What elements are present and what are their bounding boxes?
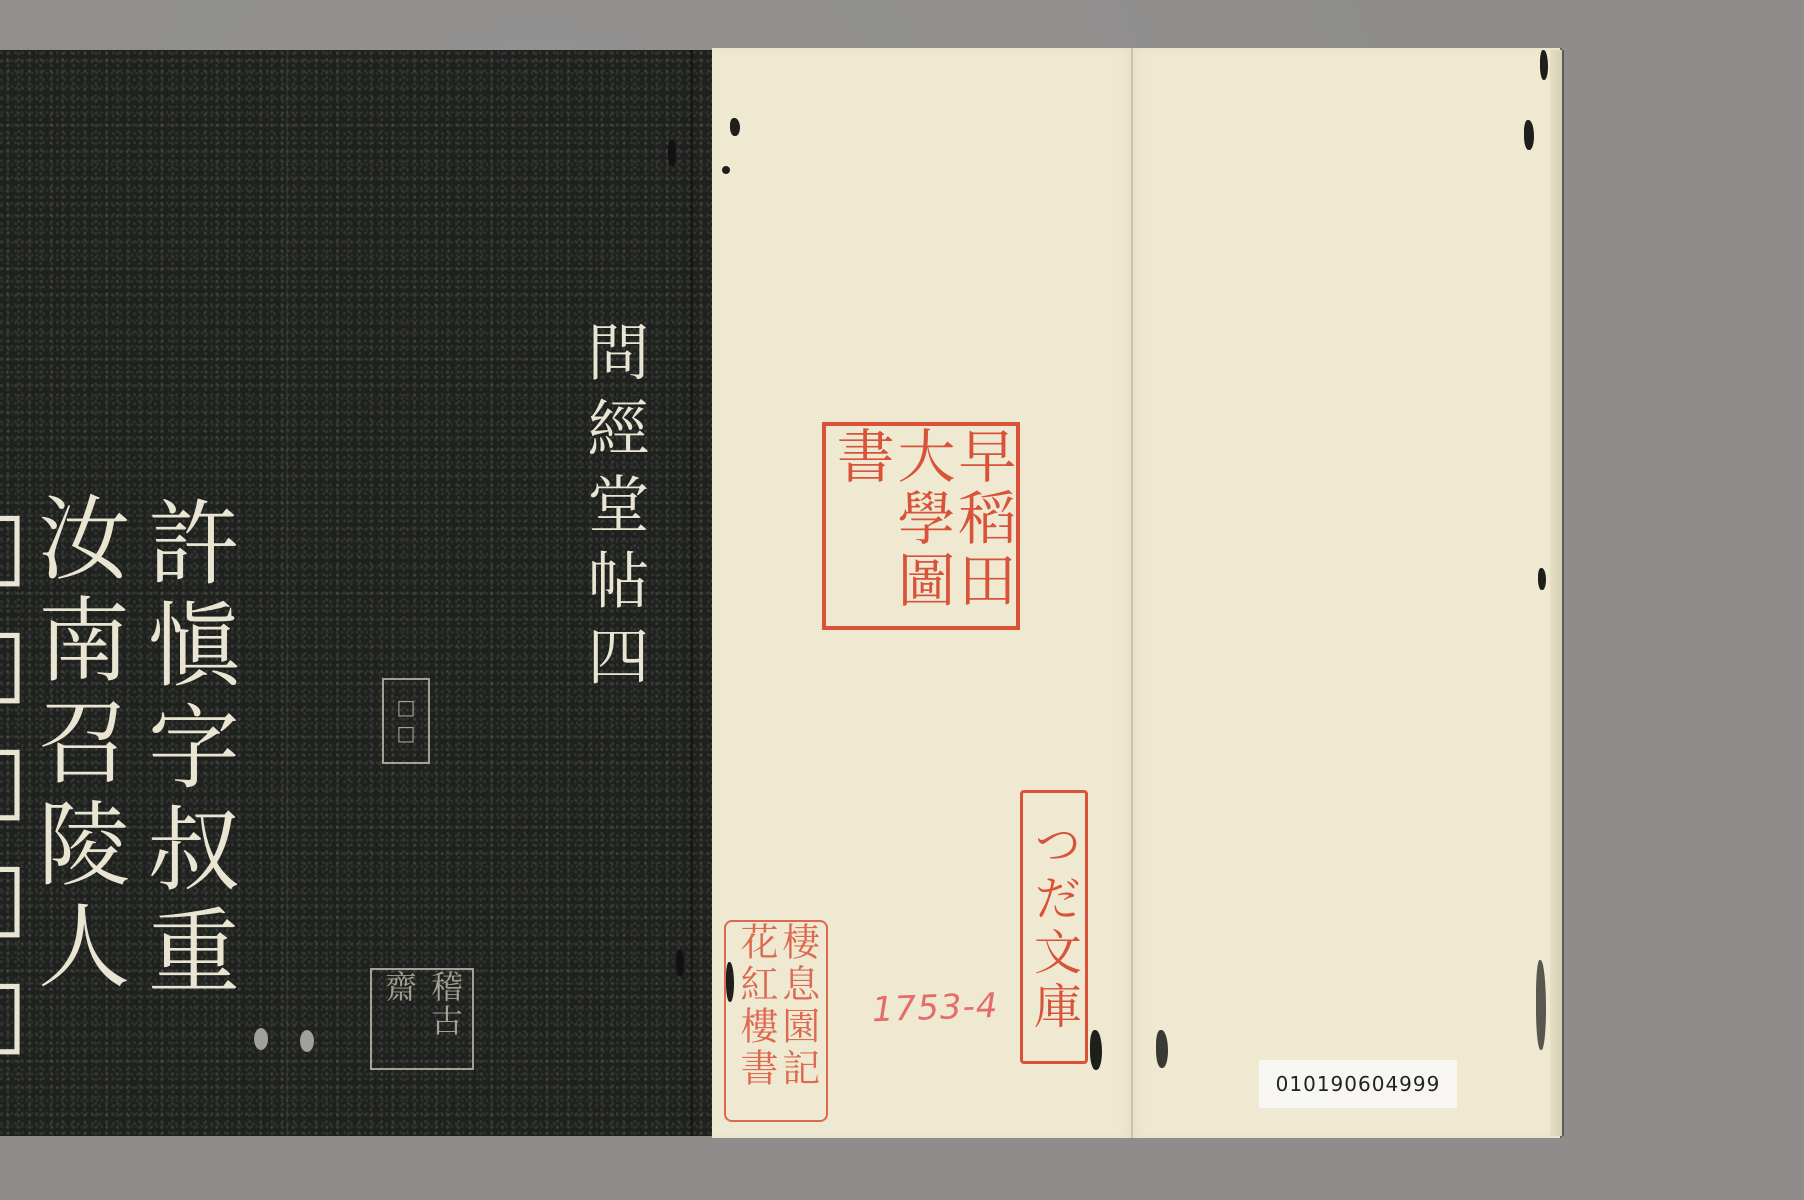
cream-page-right — [1132, 48, 1560, 1138]
page-fold — [1131, 48, 1133, 1138]
page-seam — [286, 50, 288, 1136]
binding-hole — [254, 1028, 268, 1050]
binding-hole — [300, 1030, 314, 1052]
rubbing-text-column-1: 許愼字叔重 — [140, 495, 232, 1005]
rubbing-text-column-3: □□□□□ — [0, 490, 30, 1075]
page-binding-edge — [690, 50, 693, 1136]
rubbing-title: 問經堂帖四 — [582, 320, 644, 700]
waseda-library-seal: 早稻田大學圖書 — [822, 422, 1020, 630]
binding-thread-mark — [730, 118, 740, 136]
page-edge — [1550, 50, 1564, 1136]
binding-thread-mark — [1538, 568, 1546, 590]
rubbing-text-column-2: 汝南召陵人 — [30, 490, 122, 1000]
collector-seal: 棲息園記花紅樓書 — [724, 920, 828, 1122]
barcode-label: 010190604999 — [1259, 1060, 1457, 1108]
binding-thread-mark — [1156, 1030, 1168, 1068]
binding-thread-mark — [1090, 1030, 1102, 1070]
rubbing-seal-jikei: 稽古齋 — [370, 968, 474, 1070]
binding-hole — [668, 140, 676, 166]
binding-thread-mark — [1524, 120, 1534, 150]
tsuda-bunko-seal: つだ文庫 — [1020, 790, 1088, 1064]
binding-thread-mark — [1540, 50, 1548, 80]
rubbing-page: 問經堂帖四 許愼字叔重 汝南召陵人 □□□□□ □□ 稽古齋 — [0, 50, 712, 1136]
binding-thread-mark — [726, 962, 734, 1002]
rubbing-small-seal: □□ — [382, 678, 430, 764]
handwritten-call-number: 1753-4 — [871, 986, 999, 1030]
binding-thread-mark — [722, 166, 730, 174]
binding-hole — [676, 950, 684, 976]
